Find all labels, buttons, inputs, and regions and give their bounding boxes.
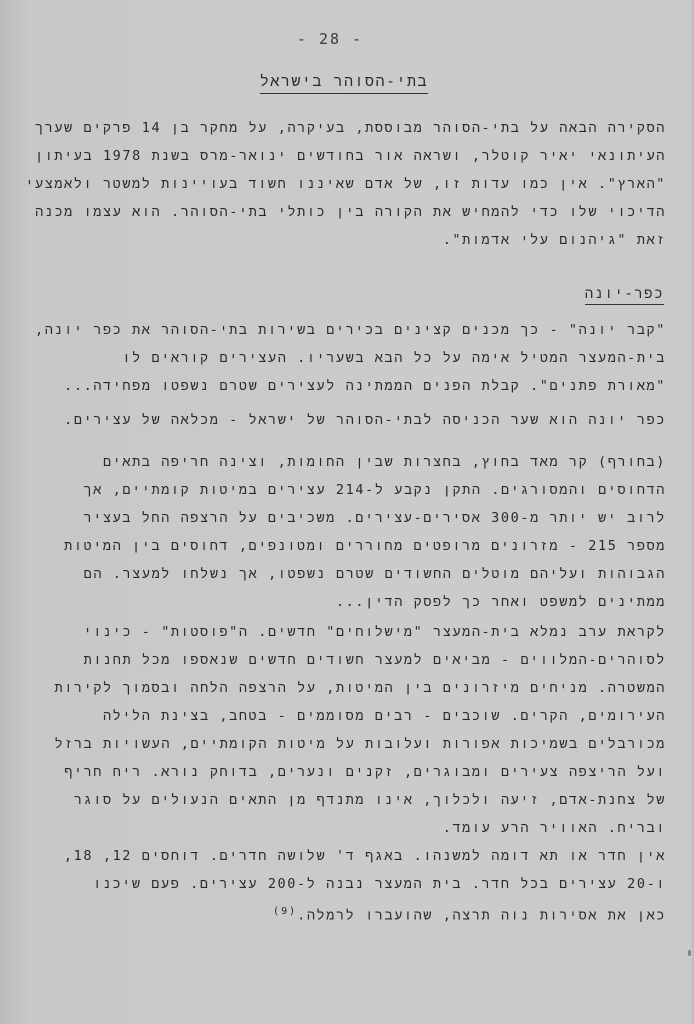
text-line: של צחנת-אדם, זיעה ולכלוך, אינו מתנדף מן … (26, 786, 666, 814)
text-line: לסוהרים-המלווים - מביאים למעצר חשודים חד… (26, 646, 666, 674)
footnote-marker: (9) (273, 906, 297, 917)
text-segment: כאן את אסירות נוה תרצה, שהועברו לרמלה. (297, 908, 666, 924)
text-line: ממתינים למשפט ואחר כך לפסק הדין... (26, 588, 666, 616)
text-line: לקראת ערב נמלא בית-המעצר "מישלוחים" חדשי… (26, 618, 666, 646)
text-line: כפר יונה הוא שער הכניסה לבתי-הסוהר של יש… (26, 406, 666, 434)
text-line: ו-20 עצירים בכל חדר. בית המעצר נבנה ל-20… (26, 870, 666, 898)
paragraph-1: "קבר יונה" - כך מכנים קצינים בכירים בשיר… (26, 316, 666, 400)
text-line: ובריח. האוויר הרע עומד. (26, 814, 666, 842)
text-line: הסקירה הבאה על בתי-הסוהר מבוססת, בעיקרה,… (26, 114, 666, 142)
text-line: אין חדר או תא דומה למשנהו. באגף ד' שלושה… (26, 842, 666, 870)
text-line: הגבוהות ועליהם מוטלים החשודים שטרם נשפטו… (26, 560, 666, 588)
text-line: העיתונאי יאיר קוטלר, ושראה אור בחודשים י… (26, 142, 666, 170)
page-title: בתי-הסוהר בישראל (260, 72, 428, 94)
paragraph-5: אין חדר או תא דומה למשנהו. באגף ד' שלושה… (26, 842, 666, 926)
text-line: "קבר יונה" - כך מכנים קצינים בכירים בשיר… (26, 316, 666, 344)
paragraph-3: (בחורף) קר מאד בחוץ, בחצרות שבין החומות,… (26, 448, 666, 616)
paper-speck (688, 950, 691, 956)
paragraph-4: לקראת ערב נמלא בית-המעצר "מישלוחים" חדשי… (26, 618, 666, 842)
text-line: כאן את אסירות נוה תרצה, שהועברו לרמלה.(9… (26, 898, 666, 926)
text-line: זאת "גיהנום עלי אדמות". (26, 226, 666, 254)
text-line: הדיכוי שלו כדי להמחיש את הקורה בין כותלי… (26, 198, 666, 226)
text-line: לרוב יש יותר מ-300 אסירים-עצירים. משכיבי… (26, 504, 666, 532)
page-number: - 28 - (0, 30, 660, 48)
intro-paragraph: הסקירה הבאה על בתי-הסוהר מבוססת, בעיקרה,… (26, 114, 666, 254)
text-line: בית-המעצר המטיל אימה על כל הבא בשעריו. ה… (26, 344, 666, 372)
text-line: "הארץ". אין כמו עדות זו, של אדם שאיננו ח… (26, 170, 666, 198)
document-page: - 28 - בתי-הסוהר בישראל הסקירה הבאה על ב… (0, 0, 694, 1024)
text-line: המשטרה. מניחים מיזרונים בין המיטות, על ה… (26, 674, 666, 702)
text-line: העירומים, הקרים. שוכבים - רבים מסוממים -… (26, 702, 666, 730)
text-line: "מאורת פתנים". קבלת הפנים הממתינה לעצירי… (26, 372, 666, 400)
text-line: מספר 215 - מזרונים מרופטים מחוררים ומטונ… (26, 532, 666, 560)
text-line: הדחוסים והמסורגים. התקן נקבע ל-214 עצירי… (26, 476, 666, 504)
text-line: מכורבלים בשמיכות אפורות ועלובות על מיטות… (26, 730, 666, 758)
text-line: ועל הריצפה צעירים ומבוגרים, זקנים ונערים… (26, 758, 666, 786)
text-line: (בחורף) קר מאד בחוץ, בחצרות שבין החומות,… (26, 448, 666, 476)
section-heading: כפר-יונה (585, 286, 664, 305)
paragraph-2: כפר יונה הוא שער הכניסה לבתי-הסוהר של יש… (26, 406, 666, 434)
